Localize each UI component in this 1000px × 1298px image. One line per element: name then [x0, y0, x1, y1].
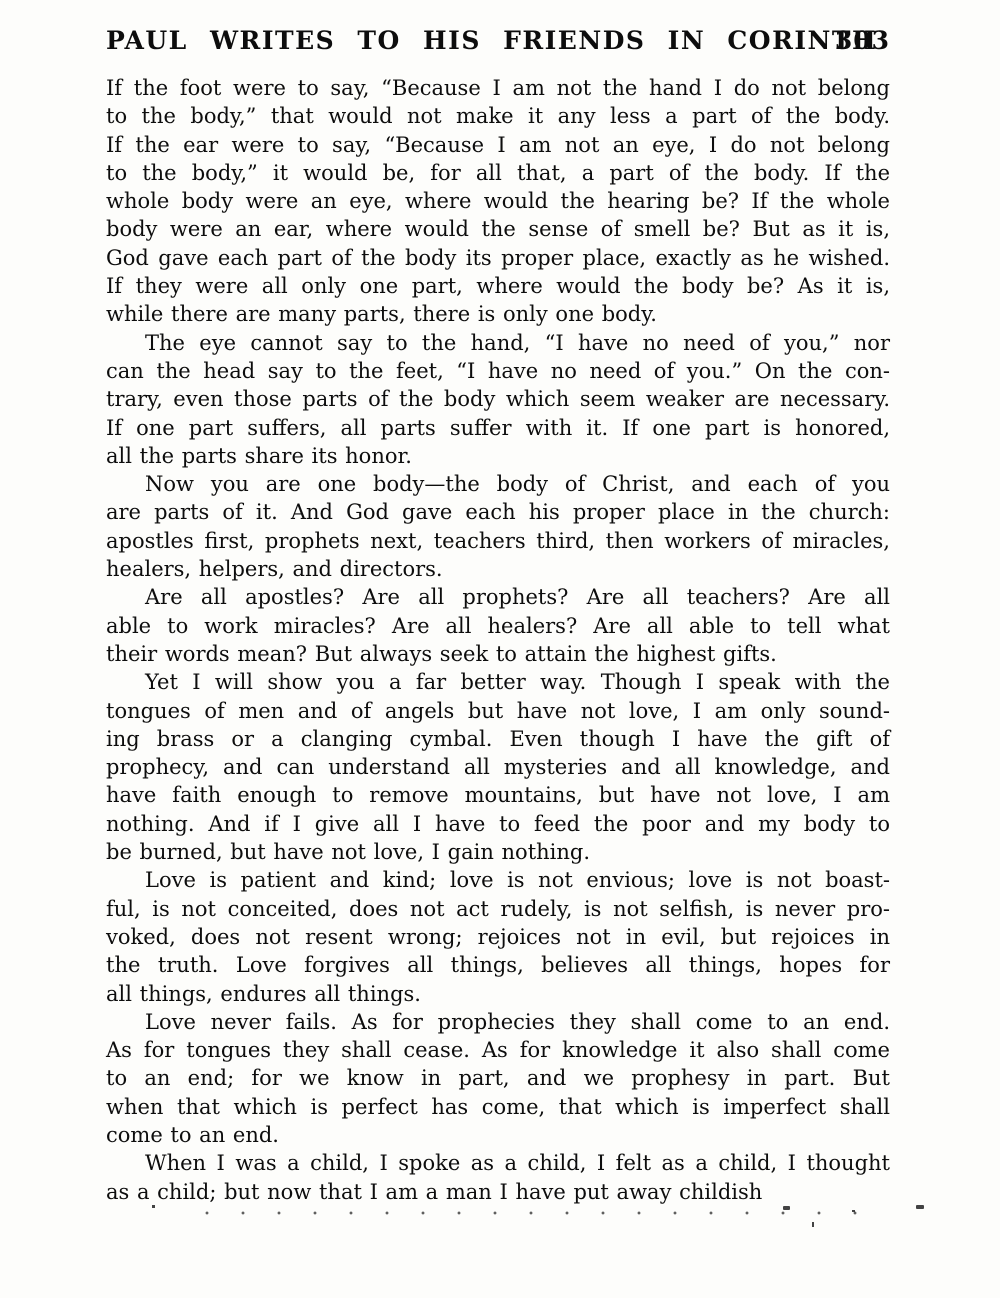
text-line: the truth. Love forgives all things, bel… — [106, 951, 890, 979]
text-line: prophecy, and can understand all mysteri… — [106, 753, 890, 781]
text-line: as a child; but now that I am a man I ha… — [106, 1178, 890, 1206]
text-line: body were an ear, where would the sense … — [106, 215, 890, 243]
text-line: Love never fails. As for prophecies they… — [106, 1008, 890, 1036]
text-line: Are all apostles? Are all prophets? Are … — [106, 583, 890, 611]
text-line: all things, endures all things. — [106, 980, 890, 1008]
text-line: As for tongues they shall cease. As for … — [106, 1036, 890, 1064]
text-line: while there are many parts, there is onl… — [106, 300, 890, 328]
text-line: Now you are one body—the body of Christ,… — [106, 470, 890, 498]
paragraph: If the foot were to say, “Because I am n… — [106, 74, 890, 329]
text-line: to an end; for we know in part, and we p… — [106, 1064, 890, 1092]
text-line: to the body,” it would be, for all that,… — [106, 159, 890, 187]
text-line: trary, even those parts of the body whic… — [106, 385, 890, 413]
text-line: If the ear were to say, “Because I am no… — [106, 131, 890, 159]
text-line: whole body were an eye, where would the … — [106, 187, 890, 215]
text-line: apostles first, prophets next, teachers … — [106, 527, 890, 555]
text-line: ful, is not conceited, does not act rude… — [106, 895, 890, 923]
text-line: able to work miracles? Are all healers? … — [106, 612, 890, 640]
scan-speck — [852, 1210, 855, 1212]
text-line: If they were all only one part, where wo… — [106, 272, 890, 300]
scan-speck — [812, 1222, 814, 1227]
text-line: The eye cannot say to the hand, “I have … — [106, 329, 890, 357]
text-line: God gave each part of the body its prope… — [106, 244, 890, 272]
text-line: all the parts share its honor. — [106, 442, 890, 470]
text-line: when that which is perfect has come, tha… — [106, 1093, 890, 1121]
paragraph: Now you are one body—the body of Christ,… — [106, 470, 890, 583]
paragraph: The eye cannot say to the hand, “I have … — [106, 329, 890, 470]
text-line: healers, helpers, and directors. — [106, 555, 890, 583]
text-line: When I was a child, I spoke as a child, … — [106, 1149, 890, 1177]
page-number: 303 — [835, 26, 890, 55]
scan-speck — [152, 1205, 155, 1208]
text-line: Yet I will show you a far better way. Th… — [106, 668, 890, 696]
text-line: nothing. And if I give all I have to fee… — [106, 810, 890, 838]
text-line: If the foot were to say, “Because I am n… — [106, 74, 890, 102]
paragraph: Are all apostles? Are all prophets? Are … — [106, 583, 890, 668]
paragraph: When I was a child, I spoke as a child, … — [106, 1149, 890, 1206]
text-line: to the body,” that would not make it any… — [106, 102, 890, 130]
text-line: tongues of men and of angels but have no… — [106, 697, 890, 725]
body-text: If the foot were to say, “Because I am n… — [106, 74, 890, 1206]
text-line: be burned, but have not love, I gain not… — [106, 838, 890, 866]
text-line: are parts of it. And God gave each his p… — [106, 498, 890, 526]
text-line: their words mean? But always seek to att… — [106, 640, 890, 668]
text-line: come to an end. — [106, 1121, 890, 1149]
paragraph: Yet I will show you a far better way. Th… — [106, 668, 890, 866]
scan-speck — [916, 1205, 924, 1209]
paragraph: Love never fails. As for prophecies they… — [106, 1008, 890, 1149]
running-head: PAUL WRITES TO HIS FRIENDS IN CORINTH 30… — [106, 26, 890, 60]
paragraph: Love is patient and kind; love is not en… — [106, 866, 890, 1007]
text-line: can the head say to the feet, “I have no… — [106, 357, 890, 385]
text-line: If one part suffers, all parts suffer wi… — [106, 414, 890, 442]
text-line: ing brass or a clanging cymbal. Even tho… — [106, 725, 890, 753]
text-line: Love is patient and kind; love is not en… — [106, 866, 890, 894]
book-page: PAUL WRITES TO HIS FRIENDS IN CORINTH 30… — [0, 0, 1000, 1298]
page-title: PAUL WRITES TO HIS FRIENDS IN CORINTH — [106, 26, 830, 55]
text-line: have faith enough to remove mountains, b… — [106, 781, 890, 809]
clipped-next-line-remnants — [205, 1211, 860, 1217]
scan-speck — [783, 1206, 790, 1210]
text-line: voked, does not resent wrong; rejoices n… — [106, 923, 890, 951]
